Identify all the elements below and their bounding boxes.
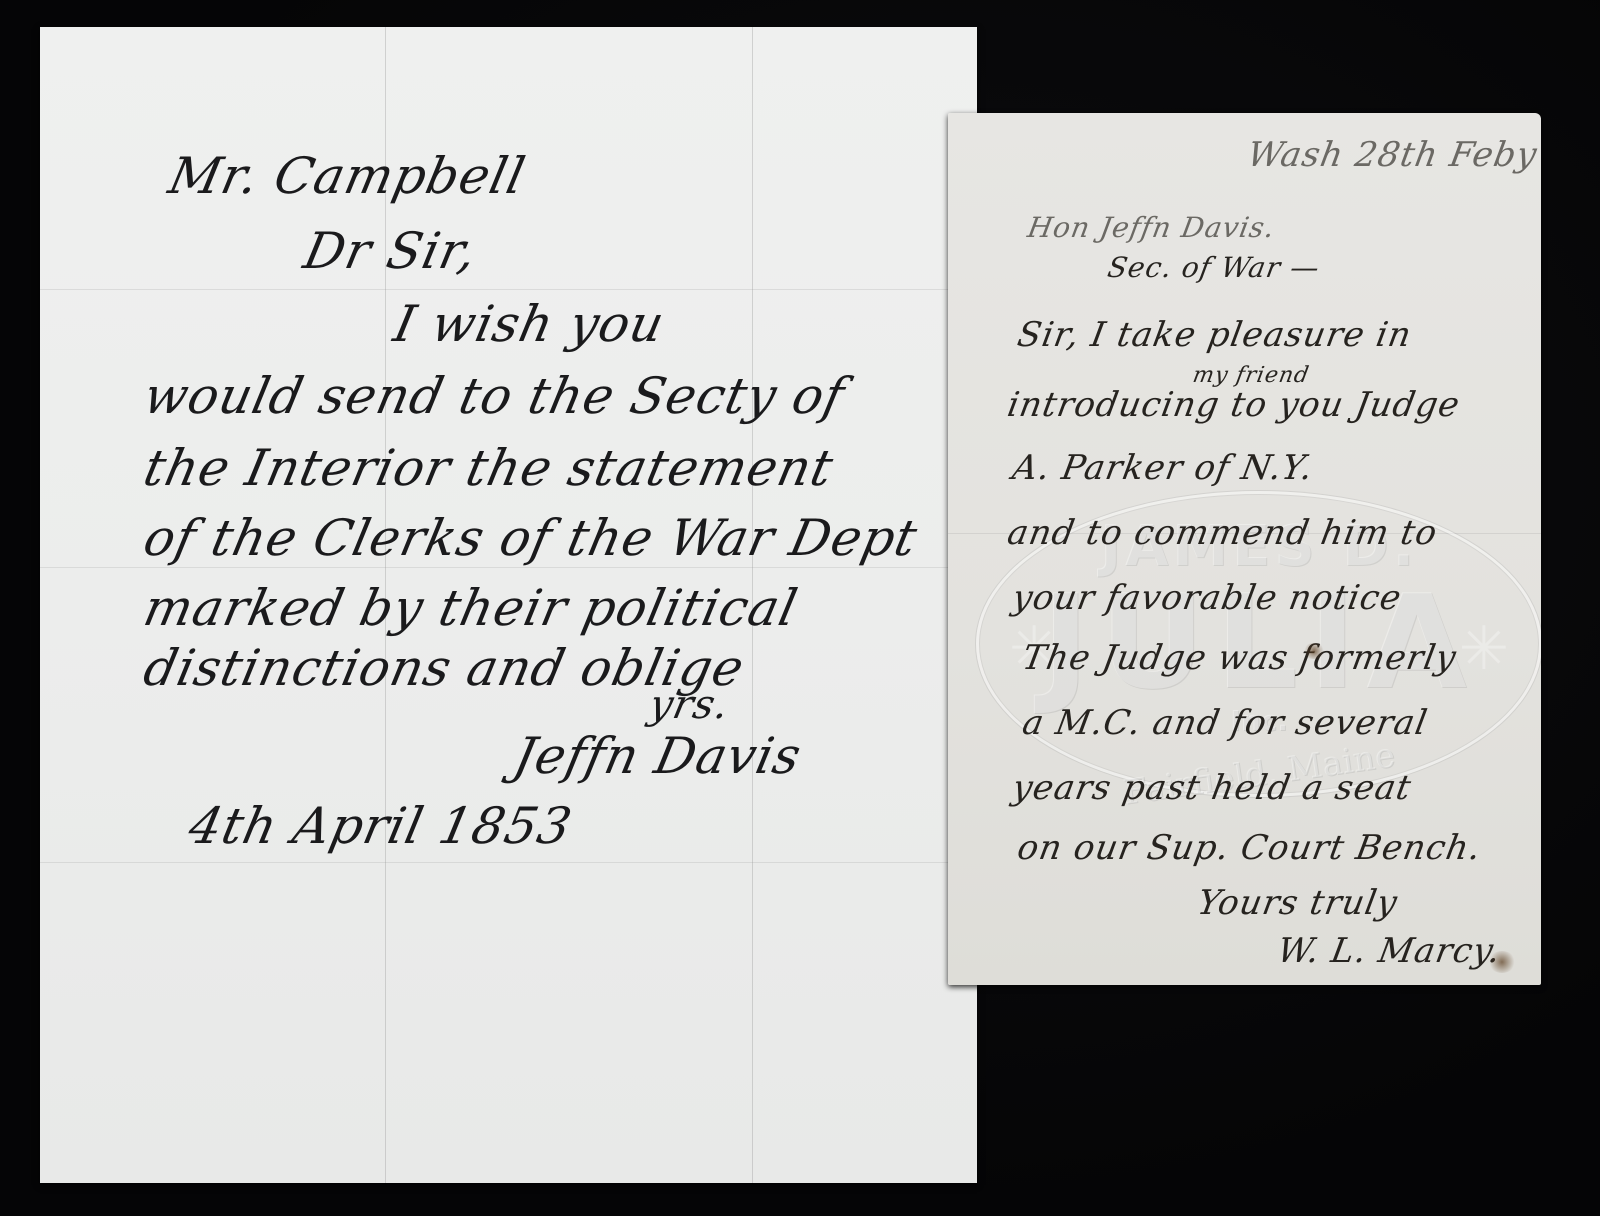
body-line: introducing to you Judge — [1004, 385, 1463, 425]
fold-line — [40, 567, 977, 568]
body-line: years past held a seat — [1009, 768, 1414, 808]
ink-stain — [1303, 643, 1325, 659]
letter-marcy: JAMES D. ✳ JULIA ✳ Inc. Fairfield, Maine… — [948, 113, 1541, 985]
salutation-name: Mr. Campbell — [164, 147, 531, 205]
addressee-line: Sec. of War — — [1105, 251, 1323, 284]
fold-line — [40, 862, 977, 863]
body-line: marked by their political — [139, 579, 803, 637]
closing: Yours truly — [1194, 883, 1400, 923]
body-line: of the Clerks of the War Dept — [139, 509, 923, 567]
body-line: I wish you — [389, 295, 670, 353]
ink-stain — [1488, 951, 1516, 973]
addressee-line: Hon Jeffn Davis. — [1025, 211, 1278, 244]
fold-line — [40, 289, 977, 290]
body-line: A. Parker of N.Y. — [1009, 448, 1316, 488]
body-line: on our Sup. Court Bench. — [1014, 828, 1484, 868]
body-line: a M.C. and for several — [1019, 703, 1430, 743]
body-line: The Judge was formerly — [1019, 638, 1459, 678]
signature: Jeffn Davis — [509, 727, 807, 785]
closing: yrs. — [645, 682, 734, 728]
body-line: would send to the Secty of — [139, 367, 850, 425]
letter-jefferson-davis: Mr. Campbell Dr Sir, I wish you would se… — [40, 27, 977, 1183]
salutation: Dr Sir, — [299, 222, 483, 280]
body-line: Sir, I take pleasure in — [1014, 315, 1414, 355]
body-line: the Interior the statement — [139, 439, 839, 497]
dateline: Wash 28th Feby — [1244, 135, 1540, 175]
letter-date: 4th April 1853 — [184, 797, 577, 855]
star-ornament-icon: ✳ — [1459, 614, 1509, 684]
body-line: and to commend him to — [1004, 513, 1440, 553]
signature: W. L. Marcy. — [1274, 931, 1504, 971]
body-line: your favorable notice — [1009, 578, 1404, 618]
